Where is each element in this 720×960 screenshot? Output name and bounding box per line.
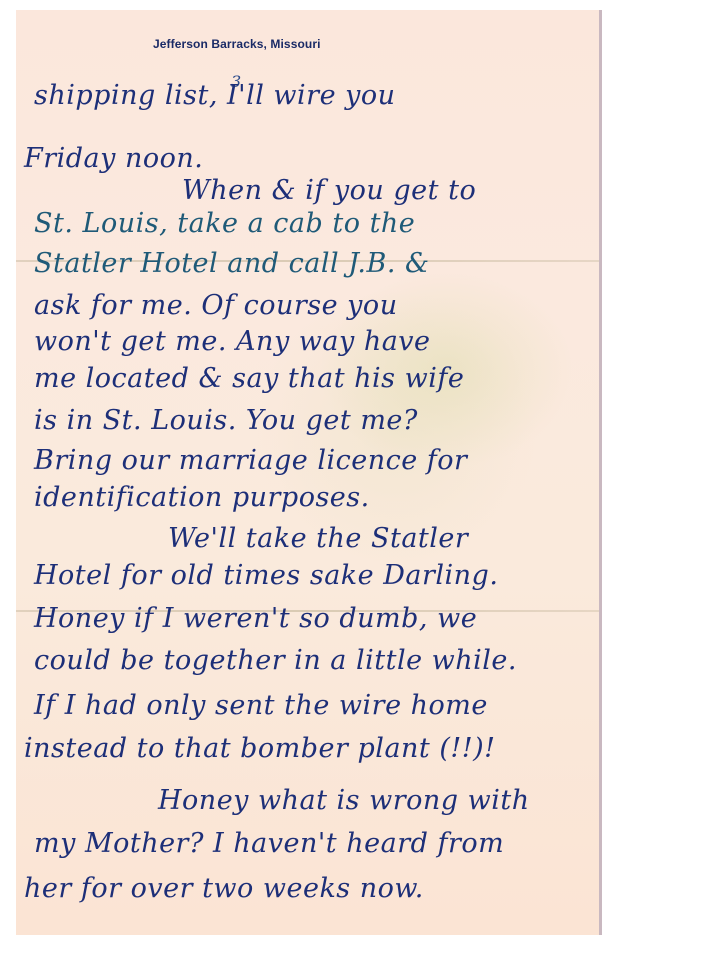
handwritten-line: me located & say that his wife — [34, 363, 464, 394]
handwritten-line: Bring our marriage licence for — [34, 445, 467, 476]
handwritten-line: identification purposes. — [34, 482, 370, 513]
handwritten-line: Honey what is wrong with — [158, 785, 530, 816]
handwritten-line: my Mother? I haven't heard from — [34, 828, 504, 859]
handwritten-line: We'll take the Statler — [168, 523, 468, 554]
handwritten-line: Honey if I weren't so dumb, we — [34, 603, 477, 634]
handwritten-line: could be together in a little while. — [34, 645, 517, 676]
handwritten-line: Statler Hotel and call J.B. & — [34, 248, 430, 279]
handwritten-line: won't get me. Any way have — [34, 326, 431, 357]
handwritten-line: is in St. Louis. You get me? — [34, 405, 418, 436]
handwritten-line: instead to that bomber plant (!!)! — [24, 733, 495, 764]
handwritten-line: ask for me. Of course you — [34, 290, 398, 321]
handwritten-line: If I had only sent the wire home — [34, 690, 488, 721]
handwritten-line: her for over two weeks now. — [24, 873, 424, 904]
handwritten-line: Hotel for old times sake Darling. — [34, 560, 498, 591]
handwritten-line: shipping list, I'll wire you — [34, 80, 396, 111]
letterhead: Jefferson Barracks, Missouri — [153, 37, 321, 51]
letter-page: Jefferson Barracks, Missouri 3 shipping … — [16, 10, 602, 935]
handwritten-line: When & if you get to — [182, 175, 476, 206]
handwritten-line: Friday noon. — [24, 143, 203, 174]
handwritten-line: St. Louis, take a cab to the — [34, 208, 415, 239]
